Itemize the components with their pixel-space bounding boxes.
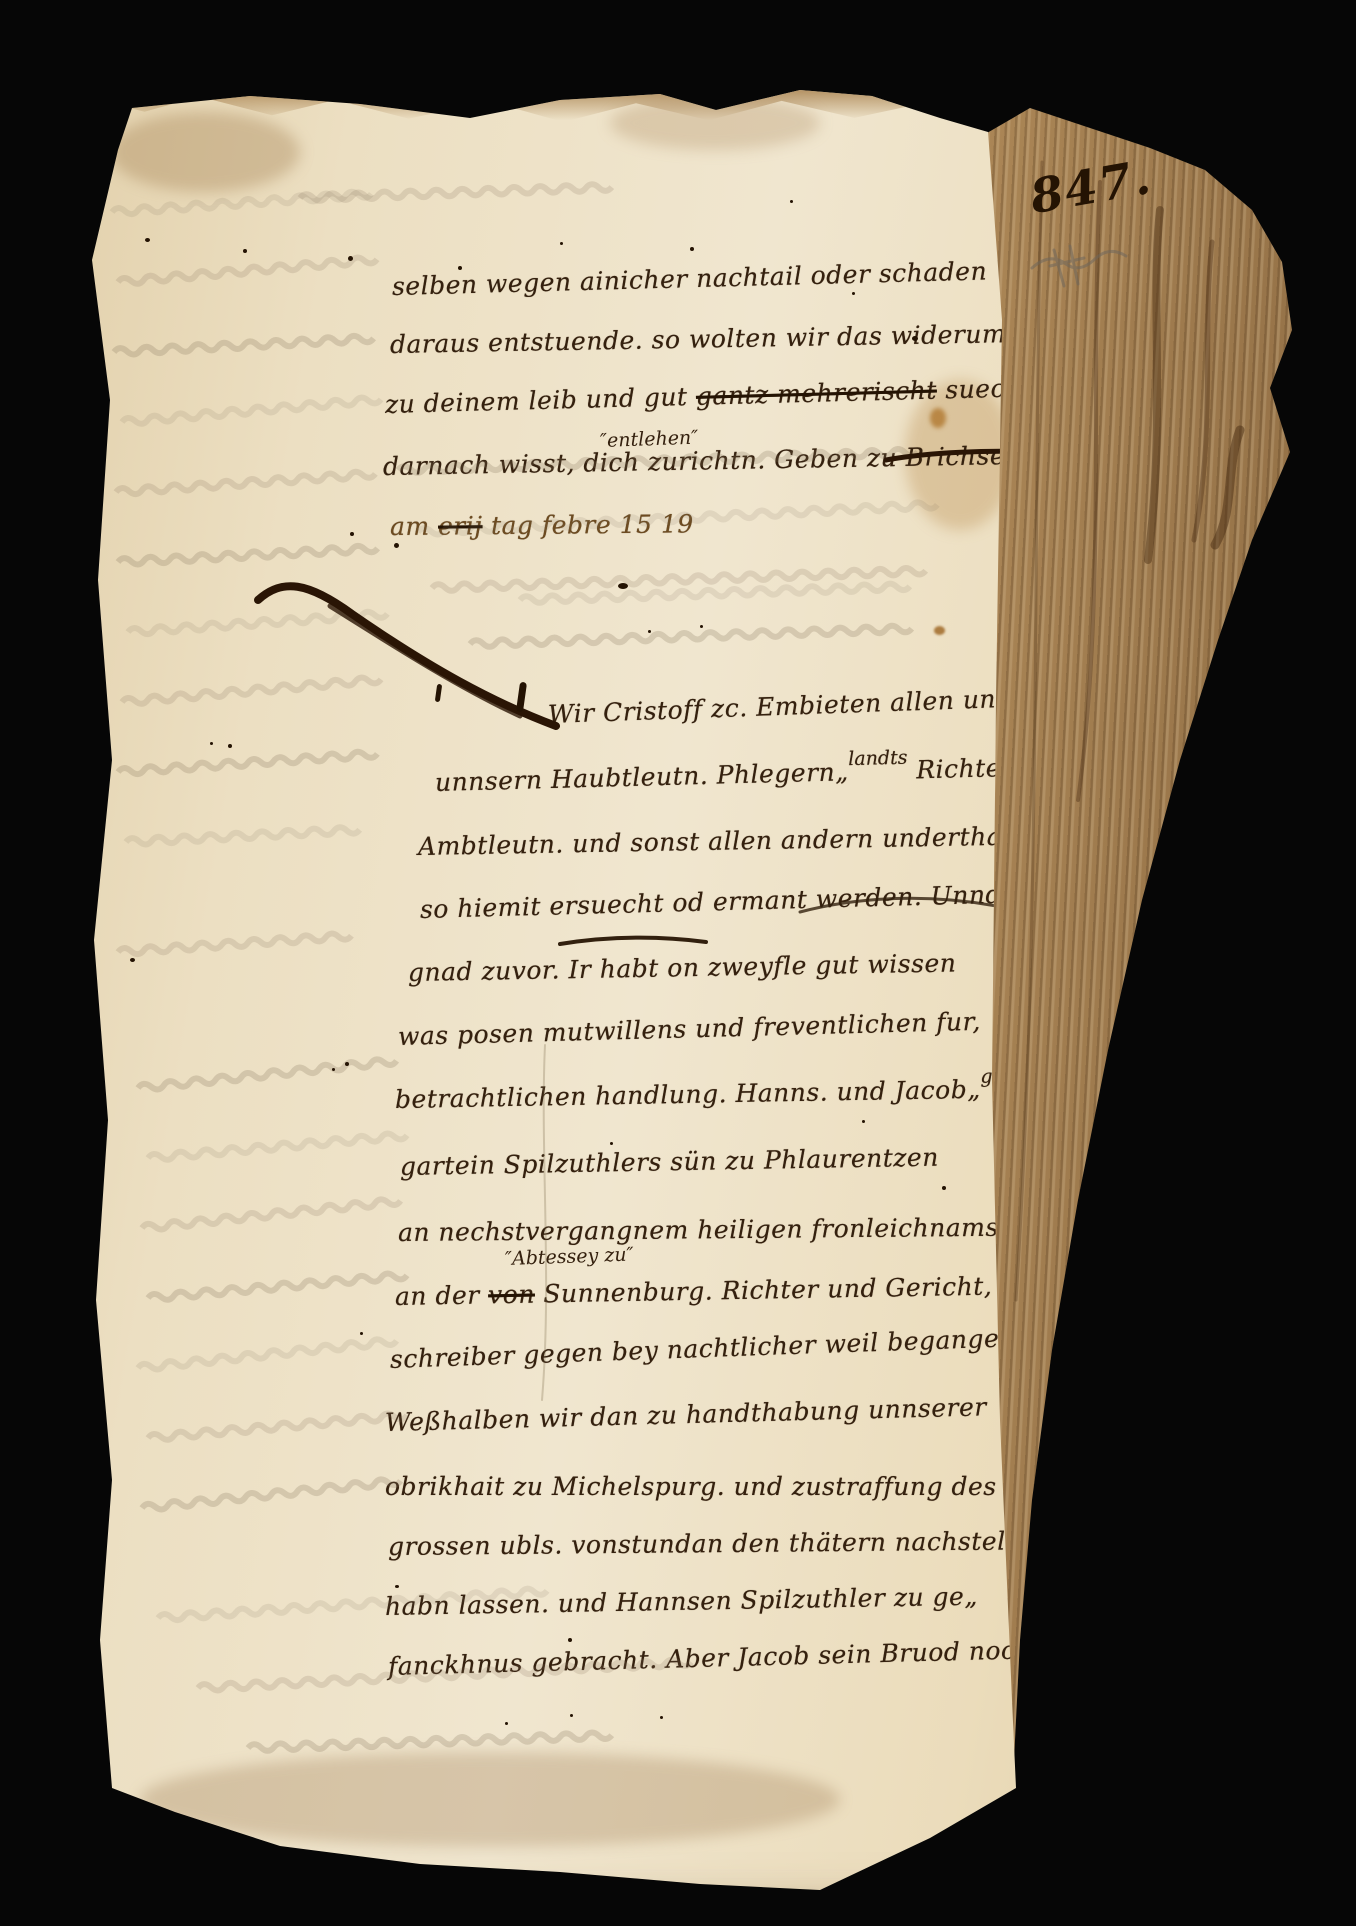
ink-speck — [690, 247, 694, 251]
ghost-line — [148, 1272, 408, 1302]
rust-spot — [934, 626, 945, 635]
line-segment: Sunnenburg. Richter und Gericht, — [535, 1272, 993, 1309]
manuscript-line: zu deinem leib und gut gantz mehrerischt… — [385, 373, 1039, 419]
ink-speck — [852, 292, 855, 295]
ink-speck — [610, 1142, 613, 1145]
ghost-line — [138, 1057, 397, 1091]
ink-speck — [210, 742, 213, 745]
ink-speck — [332, 1068, 335, 1071]
ghost-line — [128, 610, 388, 635]
separator-dash — [560, 938, 706, 944]
ghost-line — [470, 625, 912, 647]
ink-speck — [394, 543, 399, 548]
ghost-line — [148, 1412, 408, 1442]
page-torn-top-edge — [90, 88, 1000, 122]
ghost-line — [118, 545, 378, 566]
line-segment: zu deinem leib und gut — [385, 382, 697, 419]
manuscript-line: habn lassen. und Hannsen Spilzuthler zu … — [385, 1582, 978, 1621]
ink-speck — [505, 1722, 508, 1725]
ink-speck — [660, 1716, 663, 1719]
ink-speck — [360, 1332, 363, 1335]
line-segment: betrachtlichen handlung. Hanns. und Jaco… — [395, 1075, 981, 1114]
struck-word: gantz mehrerischt — [696, 376, 938, 411]
ink-speck — [570, 1714, 573, 1717]
ink-speck — [435, 684, 442, 703]
ghost-line — [138, 1337, 397, 1371]
manuscript-date-line: am erij tag febre 15 19 — [390, 509, 694, 541]
ink-speck — [228, 744, 232, 748]
inserted-word: ″Abtessey zu″ — [505, 1244, 634, 1270]
ghost-line — [122, 396, 382, 426]
ink-speck — [458, 266, 462, 270]
line-segment: unnsern Haubtleutn. Phlegern„ — [435, 757, 849, 797]
manuscript-line: an nechstvergangnem heiligen fronleichna… — [398, 1212, 1041, 1247]
ink-speck — [243, 249, 247, 253]
ink-speck — [648, 630, 651, 633]
ghost-line — [118, 932, 352, 955]
ink-speck — [516, 682, 527, 713]
ink-speck — [395, 1585, 399, 1588]
ghost-line — [126, 826, 360, 845]
ink-speck — [912, 336, 918, 341]
manuscript-photo: selben wegen ainicher nachtail oder scha… — [0, 0, 1356, 1926]
inserted-word: landts — [848, 747, 908, 771]
ghost-line — [112, 190, 372, 215]
ink-speck — [560, 242, 563, 245]
manuscript-line: daraus entstuende. so wolten wir das wid… — [390, 318, 1055, 359]
ink-speck — [942, 1186, 946, 1190]
line-segment: an der — [395, 1280, 489, 1311]
struck-word: erij — [438, 511, 483, 540]
ghost-line — [432, 567, 926, 591]
manuscript-line: gartein Spilzuthlers sün zu Phlaurentzen — [400, 1143, 939, 1181]
ink-speck — [348, 256, 353, 261]
ink-speck — [700, 625, 703, 628]
ghost-line — [300, 184, 612, 202]
manuscript-line: so hiemit ersuecht od ermant werden. Unn… — [420, 880, 1003, 924]
ghost-line — [122, 676, 382, 706]
ink-speck — [345, 1062, 349, 1066]
ink-speck — [862, 1120, 865, 1123]
ghost-line — [142, 1477, 401, 1511]
ghost-line — [142, 1197, 401, 1231]
ghost-line — [248, 1732, 612, 1752]
paper-stain — [140, 1752, 840, 1847]
ink-speck — [145, 238, 150, 242]
manuscript-line: selben wegen ainicher nachtail oder scha… — [392, 256, 988, 301]
struck-word: von — [488, 1280, 535, 1310]
paper-stain — [110, 112, 300, 192]
ghost-line — [520, 583, 910, 604]
ghost-line — [118, 256, 378, 286]
line-segment: am — [390, 512, 438, 541]
ink-speck — [790, 200, 793, 203]
opening-flourish-stroke — [258, 586, 556, 726]
rust-spot — [930, 408, 946, 428]
line-segment: tag febre 15 19 — [482, 509, 693, 540]
manuscript-line: fanckhnus gebracht. Aber Jacob sein Bruo… — [388, 1634, 1066, 1681]
manuscript-line: was posen mutwillens und freventlichen f… — [398, 1007, 981, 1051]
ghost-line — [114, 335, 374, 356]
manuscript-line: an der von Sunnenburg. Richter und Geric… — [395, 1272, 993, 1311]
ghost-line — [118, 750, 378, 775]
manuscript-line: Weßhalben wir dan zu handthabung unnsere… — [385, 1392, 987, 1437]
ink-speck — [350, 532, 354, 536]
ink-speck — [130, 958, 135, 962]
manuscript-line: grossen ubls. vonstundan den thätern nac… — [388, 1526, 1046, 1561]
manuscript-line: gnad zuvor. Ir habt on zweyfle gut wisse… — [408, 948, 957, 987]
ghost-line — [148, 1132, 408, 1162]
ink-speck — [568, 1638, 572, 1642]
manuscript-line: Ambtleutn. und sonst allen andern undert… — [418, 821, 1051, 861]
ink-speck — [618, 583, 628, 589]
ghost-line — [116, 470, 376, 495]
manuscript-line: schreiber gegen bey nachtlicher weil beg… — [389, 1323, 1016, 1374]
manuscript-line: obrikhait zu Michelspurg. und zustraffun… — [385, 1472, 1105, 1501]
manuscript-line: darnach wisst, dich zurichtn. Geben zu B… — [383, 441, 1022, 481]
